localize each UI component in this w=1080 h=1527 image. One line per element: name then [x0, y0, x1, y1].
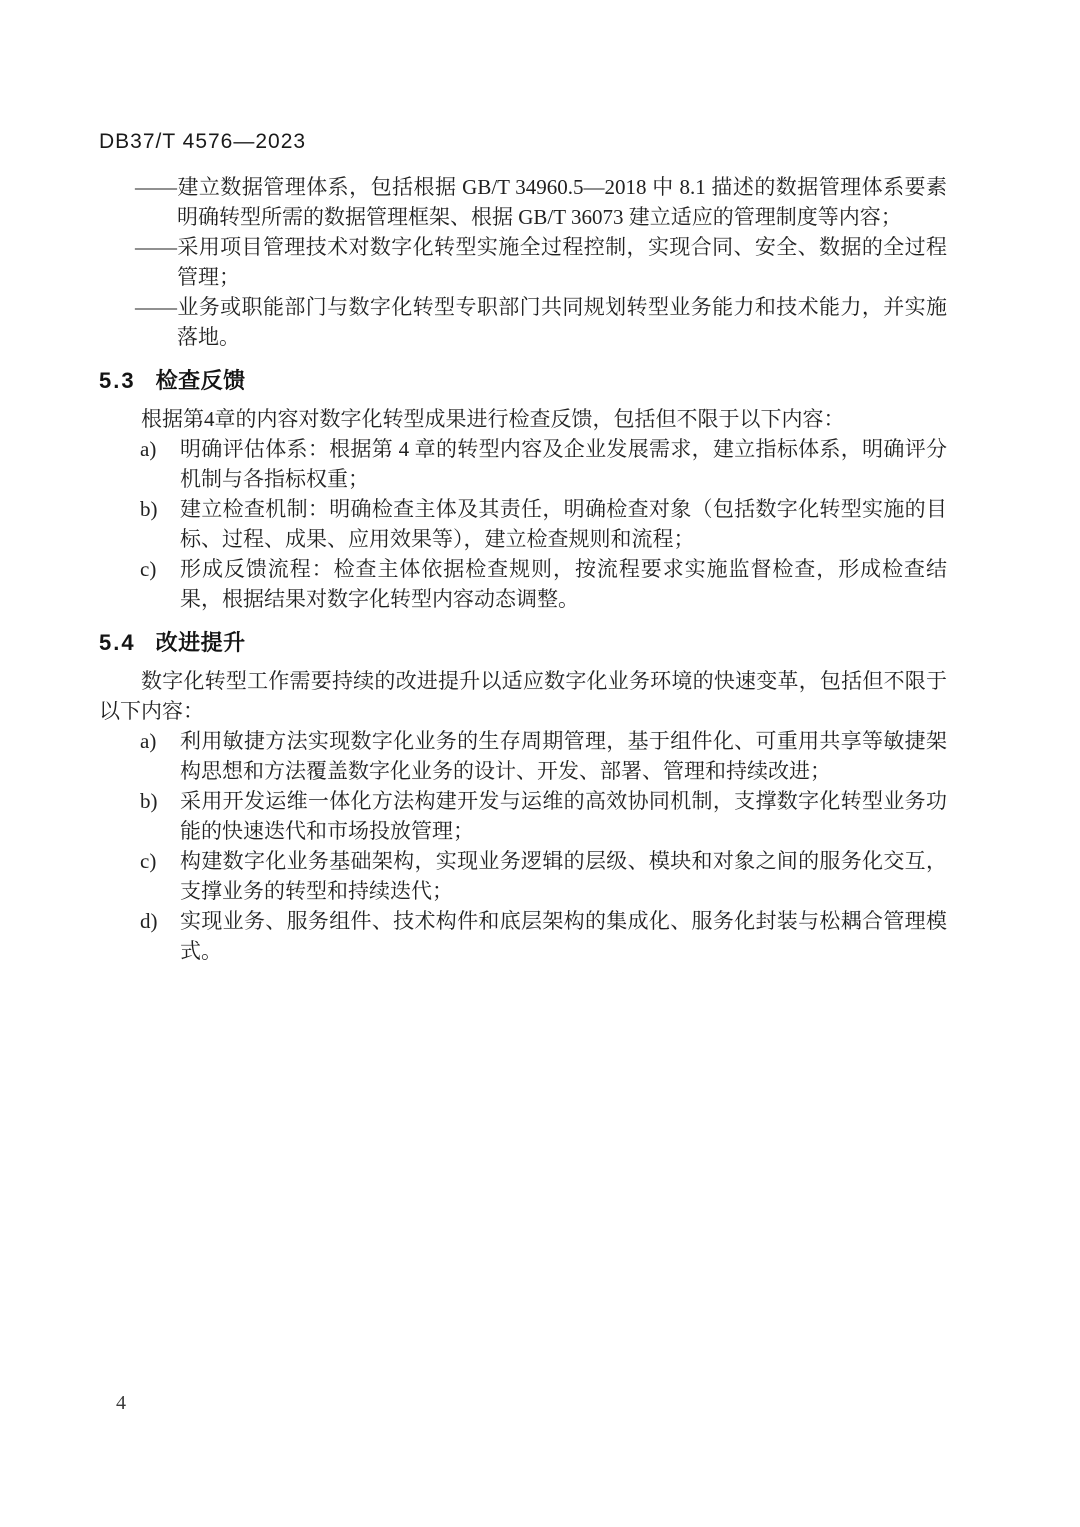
- document-code: DB37/T 4576—2023: [99, 130, 306, 154]
- document-page: DB37/T 4576—2023 ——建立数据管理体系，包括根据 GB/T 34…: [0, 0, 1080, 1527]
- list-item: c) 形成反馈流程：检查主体依据检查规则，按流程要求实施监督检查，形成检查结果，…: [99, 554, 947, 614]
- dash-list-item: ——建立数据管理体系，包括根据 GB/T 34960.5—2018 中 8.1 …: [99, 172, 947, 232]
- list-item-label: b): [140, 494, 180, 524]
- list-item: b) 建立检查机制：明确检查主体及其责任，明确检查对象（包括数字化转型实施的目标…: [99, 494, 947, 554]
- section-number: 5.3: [99, 368, 136, 393]
- list-item: a) 明确评估体系：根据第 4 章的转型内容及企业发展需求，建立指标体系，明确评…: [99, 434, 947, 494]
- list-item-text: 实现业务、服务组件、技术构件和底层架构的集成化、服务化封装与松耦合管理模式。: [180, 909, 947, 963]
- list-item-text: 构建数字化业务基础架构，实现业务逻辑的层级、模块和对象之间的服务化交互，支撑业务…: [180, 849, 947, 903]
- section-number: 5.4: [99, 630, 136, 655]
- section-intro: 根据第4章的内容对数字化转型成果进行检查反馈，包括但不限于以下内容：: [99, 404, 947, 434]
- list-item-label: a): [140, 726, 180, 756]
- section-heading: 5.4改进提升: [99, 628, 947, 658]
- list-item: b) 采用开发运维一体化方法构建开发与运维的高效协同机制，支撑数字化转型业务功能…: [99, 786, 947, 846]
- list-item-label: a): [140, 434, 180, 464]
- section-5-3: 5.3检查反馈 根据第4章的内容对数字化转型成果进行检查反馈，包括但不限于以下内…: [99, 366, 947, 614]
- list-item-text: 采用开发运维一体化方法构建开发与运维的高效协同机制，支撑数字化转型业务功能的快速…: [180, 789, 947, 843]
- list-item-label: c): [140, 846, 180, 876]
- section-5-4: 5.4改进提升 数字化转型工作需要持续的改进提升以适应数字化业务环境的快速变革，…: [99, 628, 947, 966]
- list-item-label: d): [140, 906, 180, 936]
- section-title: 改进提升: [156, 630, 246, 655]
- section-heading: 5.3检查反馈: [99, 366, 947, 396]
- list-item-text: 明确评估体系：根据第 4 章的转型内容及企业发展需求，建立指标体系，明确评分机制…: [180, 437, 947, 491]
- section-title: 检查反馈: [156, 368, 246, 393]
- dash-list: ——建立数据管理体系，包括根据 GB/T 34960.5—2018 中 8.1 …: [99, 172, 947, 352]
- list-item: a) 利用敏捷方法实现数字化业务的生存周期管理，基于组件化、可重用共享等敏捷架构…: [99, 726, 947, 786]
- dash-list-item: ——业务或职能部门与数字化转型专职部门共同规划转型业务能力和技术能力，并实施落地…: [99, 292, 947, 352]
- section-intro: 数字化转型工作需要持续的改进提升以适应数字化业务环境的快速变革，包括但不限于以下…: [99, 666, 947, 726]
- list-item-text: 利用敏捷方法实现数字化业务的生存周期管理，基于组件化、可重用共享等敏捷架构思想和…: [180, 729, 947, 783]
- list-item-text: 建立检查机制：明确检查主体及其责任，明确检查对象（包括数字化转型实施的目标、过程…: [180, 497, 947, 551]
- list-item-label: b): [140, 786, 180, 816]
- list-item-label: c): [140, 554, 180, 584]
- list-item: c) 构建数字化业务基础架构，实现业务逻辑的层级、模块和对象之间的服务化交互，支…: [99, 846, 947, 906]
- document-body: ——建立数据管理体系，包括根据 GB/T 34960.5—2018 中 8.1 …: [99, 172, 947, 966]
- dash-list-item: ——采用项目管理技术对数字化转型实施全过程控制，实现合同、安全、数据的全过程管理…: [99, 232, 947, 292]
- list-item-text: 形成反馈流程：检查主体依据检查规则，按流程要求实施监督检查，形成检查结果，根据结…: [180, 557, 947, 611]
- page-number: 4: [116, 1392, 126, 1415]
- list-item: d) 实现业务、服务组件、技术构件和底层架构的集成化、服务化封装与松耦合管理模式…: [99, 906, 947, 966]
